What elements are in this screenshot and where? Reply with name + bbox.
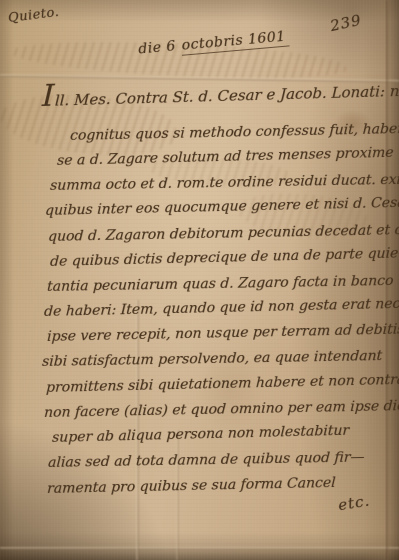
manuscript-line: summa octo et d. rom.te ordine residui d… [50, 171, 399, 196]
manuscript-line: sibi satisfactum persolvendo, ea quae in… [42, 347, 383, 372]
manuscript-line: non facere (alias) et quod omnino per ea… [44, 397, 399, 423]
manuscript-line: promittens sibi quietationem habere et n… [46, 371, 399, 398]
manuscript-line: alias sed ad tota damna de quibus quod f… [48, 448, 365, 473]
manuscript-line: de haberi: Item, quando que id non gesta… [44, 295, 399, 322]
manuscript-photo: Quieto. die 6 octobris 1601 239 Ill. Mes… [0, 0, 399, 560]
manuscript-line: se a d. Zagare solutum ad tres menses pr… [57, 144, 394, 171]
manuscript-line: de quibus dictis deprecique de una de pa… [50, 244, 399, 272]
manuscript-line: super ab aliqua persona non molestabitur [52, 422, 350, 448]
manuscript-line: quibus inter eos quocumque genere et nis… [45, 194, 399, 221]
manuscript-line: ramenta pro quibus se sua forma Cancel [47, 474, 336, 499]
manuscript-line: quod d. Zagaron debitorum pecunias deced… [48, 220, 399, 247]
manuscript-body: Ill. Mes. Contra St. d. Cesar e Jacob. L… [0, 0, 399, 560]
manuscript-line: ipse vere recepit, non usque per terram … [47, 321, 399, 348]
manuscript-line: tantia pecuniarum quas d. Zagaro facta i… [47, 272, 394, 297]
manuscript-line: Ill. Mes. Contra St. d. Cesar e Jacob. L… [42, 81, 399, 111]
manuscript-line: cognitus quos si methodo confessus fuit,… [70, 120, 399, 146]
